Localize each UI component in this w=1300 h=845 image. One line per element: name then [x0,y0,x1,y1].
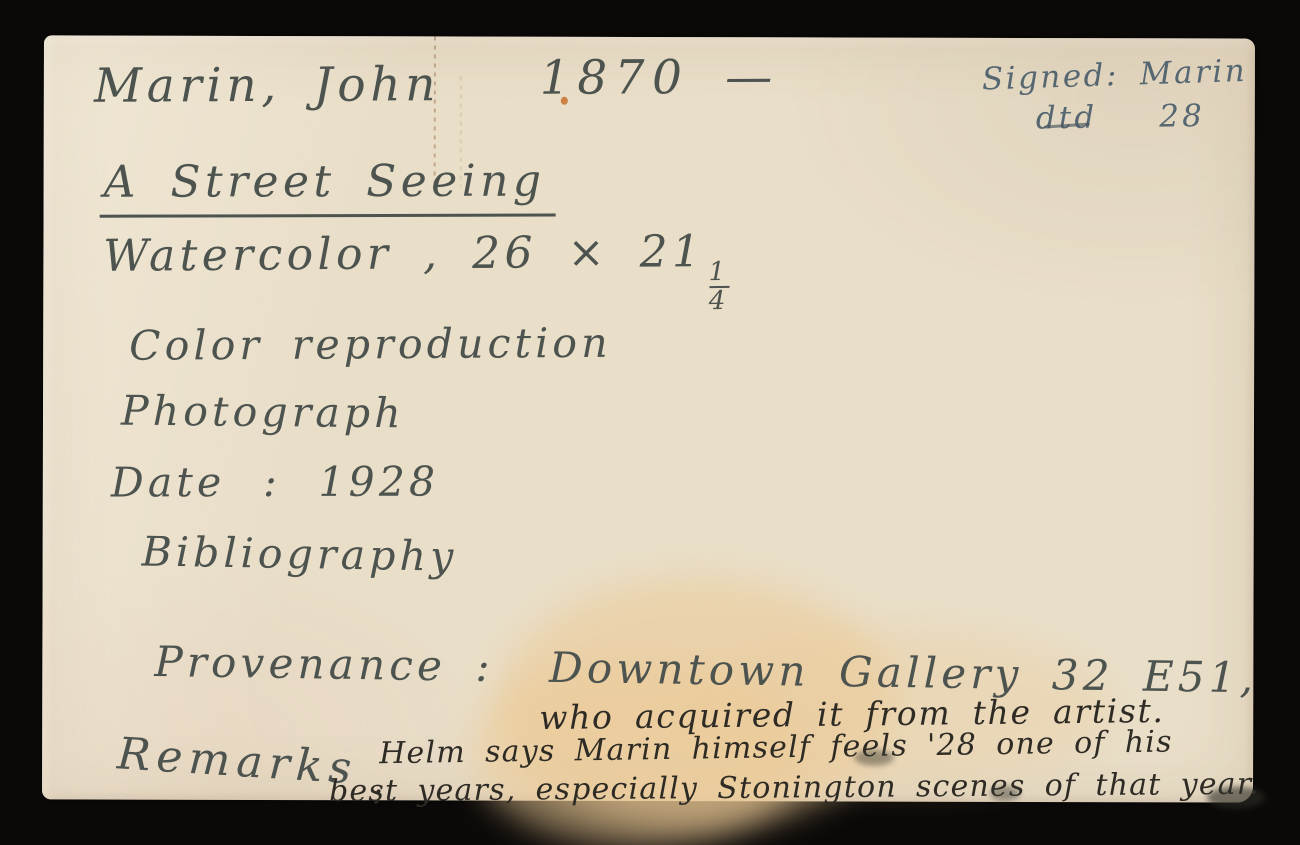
catalog-card: Marin, John 1870 — Signed: Marin dtd 28 … [42,35,1255,802]
artist-name: Marin, John [94,57,441,114]
dimension-fraction: 14 [708,260,729,314]
signed-note: Signed: Marin [981,56,1247,96]
provenance-line: Provenance : Downtown Gallery 32 E51, [154,641,1257,699]
dated-year: 28 [1159,101,1205,133]
remarks-label: Remarks [116,732,359,791]
artist-life-dates: 1870 — [540,54,780,102]
medium-text: Watercolor , 26 × [103,227,609,282]
fraction-numerator: 1 [708,260,729,285]
detail-line-bibliography: Bibliography [141,531,457,577]
fraction-denominator: 4 [709,289,730,314]
dated-note: dtd 28 [1036,101,1206,135]
remarks-line-2: best years, especially Stonington scenes… [329,770,1260,807]
remarks-line-1: Helm says Marin himself feels '28 one of… [379,727,1173,769]
detail-line-date: Date : 1928 [111,462,439,504]
dimension-whole: 21 [639,226,704,278]
artwork-title: A Street Seeing [100,160,556,218]
photo-background: Marin, John 1870 — Signed: Marin dtd 28 … [0,0,1300,845]
artist-name-line: Marin, John 1870 — [94,61,441,110]
medium-dimensions-line: Watercolor , 26 × 2114 [103,230,730,318]
dated-label: dtd [1036,103,1098,135]
provenance-label: Provenance : [154,637,494,691]
detail-line-photograph: Photograph [121,391,405,435]
detail-line-color-reproduction: Color reproduction [129,323,612,367]
